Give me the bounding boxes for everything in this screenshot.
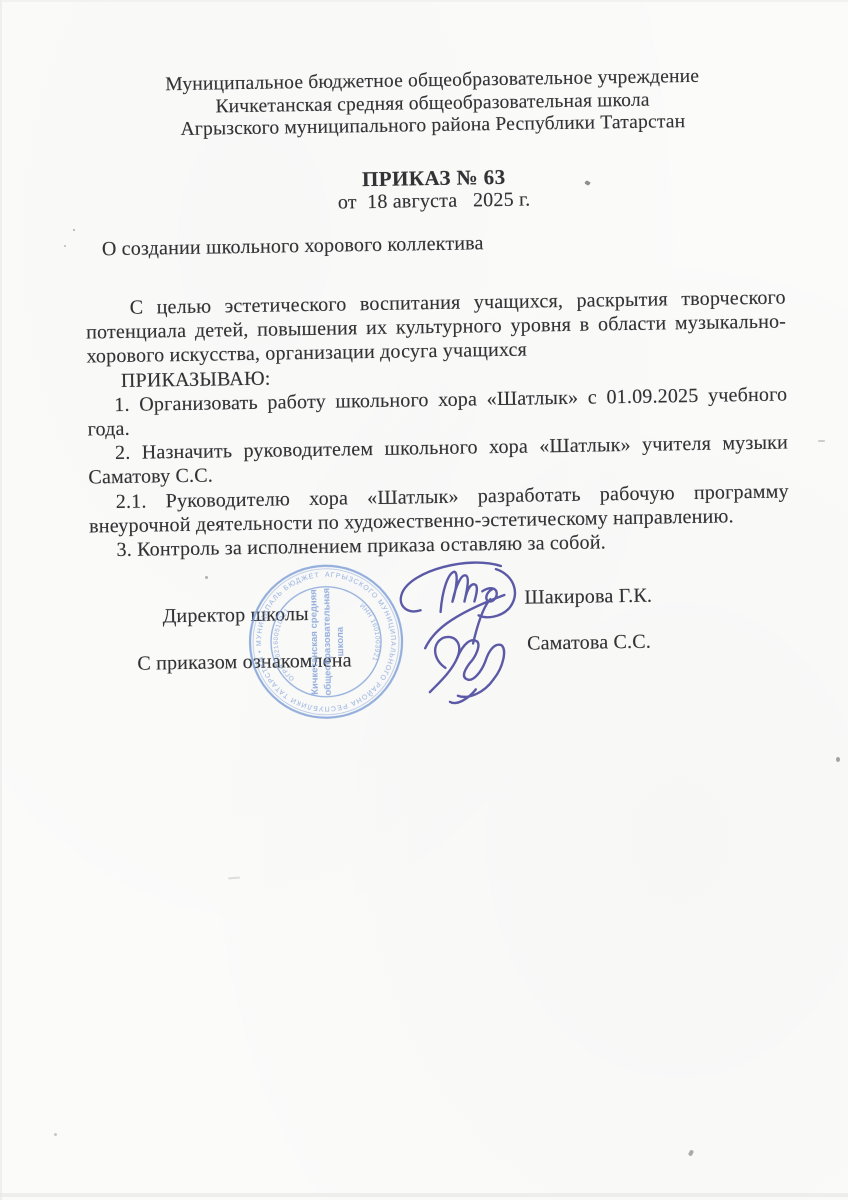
scan-speck (64, 245, 66, 247)
signature-shakirova-icon (400, 562, 516, 649)
order-subject: О создании школьного хорового коллектива (102, 232, 484, 261)
scan-edge-left (0, 0, 2, 1200)
handwritten-signatures (374, 548, 546, 711)
organization-header: Муниципальное бюджетное общеобразователь… (82, 65, 783, 143)
stamp-inner-line-3: школа (335, 626, 346, 656)
scan-speck (818, 440, 825, 442)
scan-speck (73, 229, 75, 231)
signature-name-samatova: Саматова С.С. (527, 631, 651, 656)
stamp-inner-line-2: общеобразовательная (321, 588, 334, 696)
signature-samatova-icon (428, 599, 504, 703)
scan-speck (205, 576, 208, 579)
scan-speck (54, 1133, 57, 1136)
order-body: С целью эстетического воспитания учащихс… (86, 286, 790, 563)
scan-speck (836, 757, 840, 762)
stamp-inner-line-1: Кичкетанская средняя (308, 589, 321, 695)
scanned-order-page: Муниципальное бюджетное общеобразователь… (0, 0, 848, 1200)
document-sheet: Муниципальное бюджетное общеобразователь… (81, 0, 800, 1200)
